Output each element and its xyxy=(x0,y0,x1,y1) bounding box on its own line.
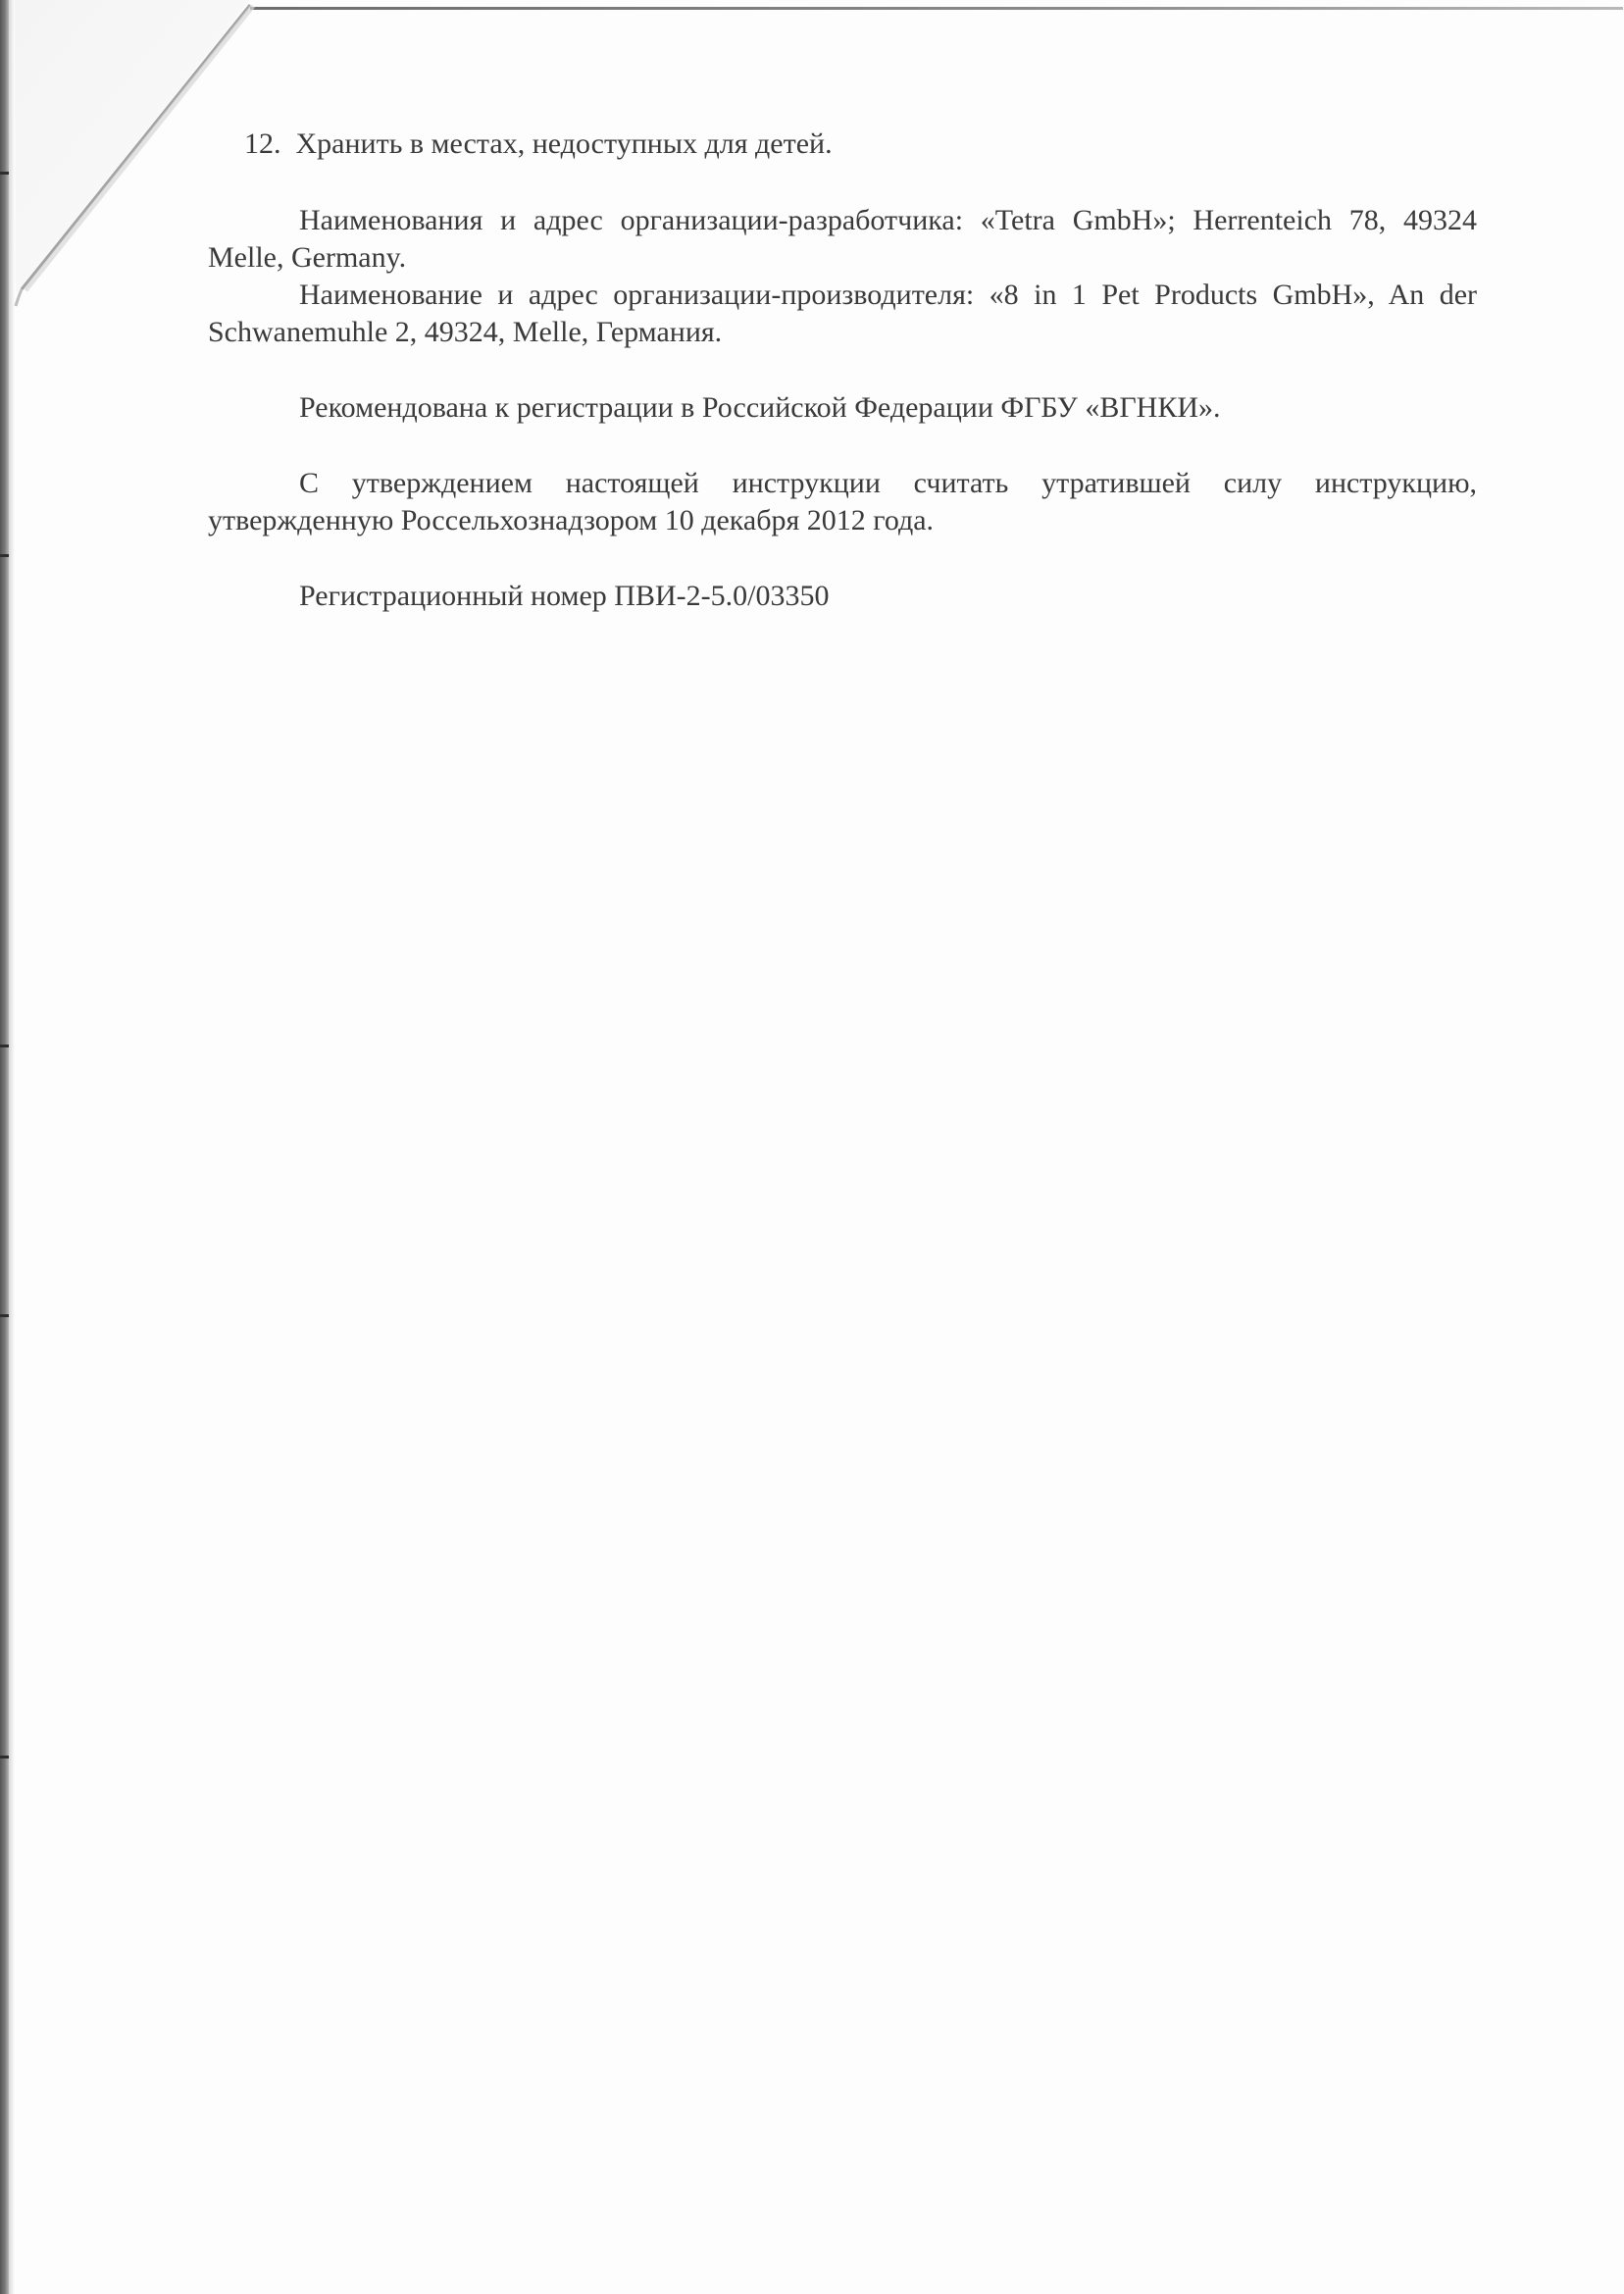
scanner-edge-mark xyxy=(0,1756,9,1759)
scanner-edge xyxy=(0,0,9,2294)
scanner-edge-shadow xyxy=(9,0,15,2294)
manufacturer-paragraph: Наименование и адрес организации-произво… xyxy=(208,277,1477,351)
item-12-number: 12. xyxy=(244,127,281,160)
supersedes-paragraph: С утверждением настоящей инструкции счит… xyxy=(208,465,1477,539)
registration-number: Регистрационный номер ПВИ-2-5.0/03350 xyxy=(208,578,1477,615)
scanner-edge-mark xyxy=(0,1045,9,1047)
scanner-edge-mark xyxy=(0,554,9,557)
item-12: 12. Хранить в местах, недоступных для де… xyxy=(244,126,1513,163)
scanner-edge-mark xyxy=(0,1314,9,1317)
item-12-text: Хранить в местах, недоступных для детей. xyxy=(296,127,833,160)
recommendation-paragraph: Рекомендована к регистрации в Российской… xyxy=(208,389,1477,427)
developer-paragraph: Наименования и адрес организации-разрабо… xyxy=(208,202,1477,277)
page-top-edge xyxy=(250,7,1623,10)
